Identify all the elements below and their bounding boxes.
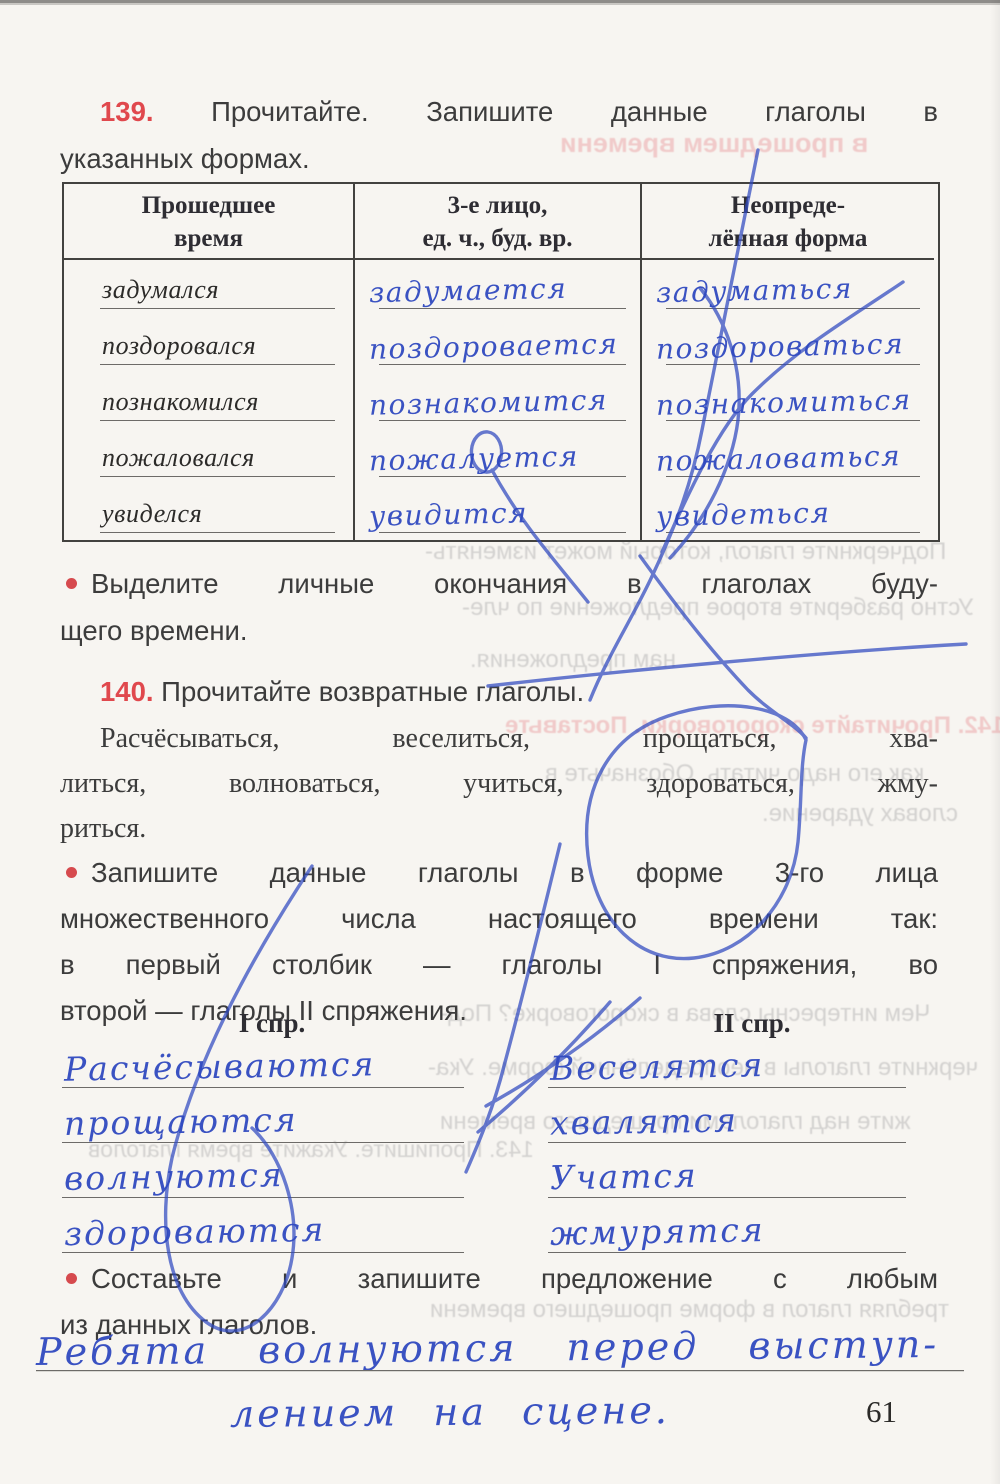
answer-line: волнуются (62, 1147, 464, 1198)
answer-line: Веселятся (548, 1037, 906, 1088)
bullet-dot (66, 1273, 77, 1284)
table-cell-past: познакомился (64, 372, 353, 428)
answer-line (100, 364, 335, 365)
answer-line (379, 532, 626, 533)
exercise-139-title: 139. Прочитайте. Запишите данные глаголы… (60, 88, 938, 182)
table-header-3rd-person: 3-е лицо,ед. ч., буд. вр. (353, 184, 640, 260)
answer-line: Расчёсываются (62, 1037, 464, 1088)
answer-line (100, 532, 335, 533)
table-cell-future: поздоровается (353, 316, 640, 372)
table-cell-infinitive: поздороваться (640, 316, 934, 372)
table-cell-past: поздоровался (64, 316, 353, 372)
handwritten-sentence-line1: Ребята волнуются перед выступ- (36, 1316, 964, 1372)
answer-line (379, 476, 626, 477)
table-cell-future: пожалуется (353, 428, 640, 484)
handwritten-answer: прощаются (64, 1100, 298, 1143)
handwritten-answer: лением на сцене. (230, 1388, 670, 1436)
handwritten-answer: здороваются (64, 1210, 326, 1254)
handwritten-answer: задумается (369, 272, 568, 309)
handwritten-answer: увидеться (656, 496, 831, 533)
column-header-2nd-conjugation: II спр. (672, 1008, 832, 1039)
exercise-139-title-line2: указанных формах. (60, 135, 938, 182)
answer-line (666, 364, 920, 365)
answer-line (666, 476, 920, 477)
handwritten-answer: Учатся (550, 1156, 698, 1198)
handwritten-answer: пожаловаться (656, 439, 902, 478)
handwritten-answer: жмурятся (550, 1210, 765, 1253)
table-cell-infinitive: задуматься (640, 260, 934, 316)
answer-line (666, 308, 920, 309)
table-cell-past: задумался (64, 260, 353, 316)
answer-line (379, 420, 626, 421)
answer-line (379, 364, 626, 365)
table-cell-infinitive: пожаловаться (640, 428, 934, 484)
exercise-140-number: 140. (100, 676, 154, 707)
workbook-page: { "page": {"number": "61"}, "colors": {"… (0, 0, 1000, 1484)
handwritten-answer: поздороваться (656, 327, 905, 366)
handwritten-answer: увидится (369, 496, 529, 533)
handwritten-answer: задуматься (656, 272, 854, 309)
column-header-1st-conjugation: I спр. (192, 1008, 352, 1039)
table-cell-infinitive: увидеться (640, 484, 934, 540)
table-cell-infinitive: познакомиться (640, 372, 934, 428)
table-cell-past: увиделся (64, 484, 353, 540)
answer-line: хвалятся (548, 1092, 906, 1143)
answer-line (379, 308, 626, 309)
answer-line (100, 476, 335, 477)
page-number: 61 (866, 1394, 897, 1430)
handwritten-answer: хвалятся (550, 1100, 739, 1142)
handwritten-answer: Веселятся (550, 1045, 765, 1088)
verb-forms-table: Прошедшеевремя 3-е лицо,ед. ч., буд. вр.… (62, 182, 940, 542)
table-header-infinitive: Неопреде-лённая форма (640, 184, 934, 260)
table-cell-future: увидится (353, 484, 640, 540)
answer-line (666, 420, 920, 421)
table-header-past-tense: Прошедшеевремя (64, 184, 353, 260)
reflexive-verbs-list: Расчёсываться, веселиться, прощаться, хв… (60, 716, 938, 851)
answer-line (36, 1370, 964, 1371)
handwritten-answer: пожалуется (369, 440, 580, 478)
table-cell-future: познакомится (353, 372, 640, 428)
handwritten-answer: Ребята волнуются перед выступ- (36, 1322, 939, 1374)
bullet-dot (66, 867, 77, 878)
task-two-columns: Запишите данные глаголы в форме 3-го лиц… (60, 850, 938, 1034)
answer-line (666, 532, 920, 533)
table-cell-past: пожаловался (64, 428, 353, 484)
answer-line: Учатся (548, 1147, 906, 1198)
answer-line: жмурятся (548, 1202, 906, 1253)
handwritten-sentence-line2: лением на сцене. (230, 1382, 650, 1434)
answer-line (100, 308, 335, 309)
task-highlight-endings: Выделите личные окончания в глаголах буд… (60, 560, 938, 654)
answer-line: здороваются (62, 1202, 464, 1253)
bullet-dot (66, 578, 77, 589)
scan-edge-top-light (0, 3, 1000, 5)
exercise-139-title-line1: 139. Прочитайте. Запишите данные глаголы… (60, 88, 938, 135)
handwritten-answer: Расчёсываются (64, 1044, 376, 1088)
table-cell-future: задумается (353, 260, 640, 316)
handwritten-answer: волнуются (64, 1155, 284, 1198)
handwritten-answer: поздоровается (369, 327, 619, 366)
handwritten-answer: познакомиться (656, 383, 912, 422)
exercise-139-number: 139. (100, 96, 154, 127)
answer-line: прощаются (62, 1092, 464, 1143)
exercise-140-title: 140. Прочитайте возвратные глаголы. (60, 668, 938, 715)
scan-edge-right (990, 0, 1000, 1484)
answer-line (100, 420, 335, 421)
handwritten-answer: познакомится (369, 383, 609, 421)
